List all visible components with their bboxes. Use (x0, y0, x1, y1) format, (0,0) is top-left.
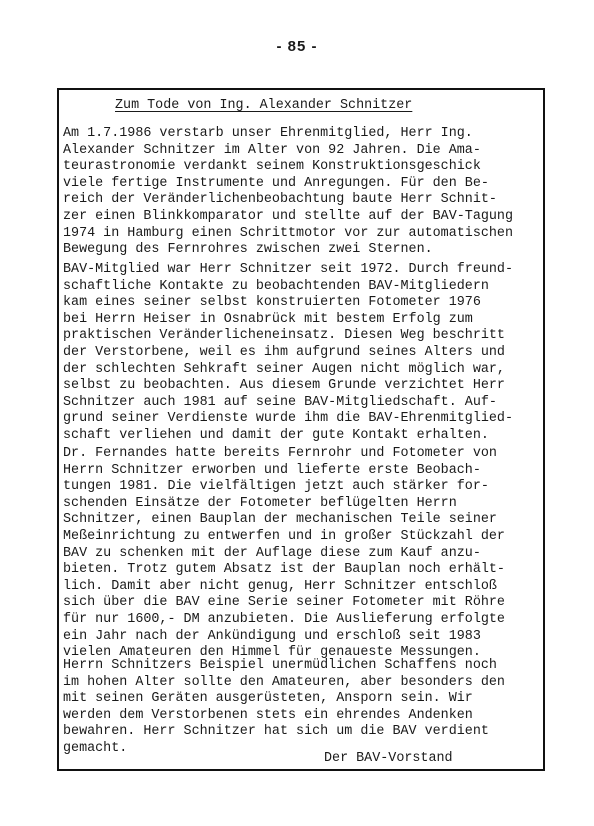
text-line: bieten. Trotz gutem Absatz ist der Baupl… (63, 562, 543, 579)
text-line: grund seiner Verdienste wurde ihm die BA… (63, 411, 543, 428)
text-line: Bewegung des Fernrohres zwischen zwei St… (63, 242, 543, 259)
text-line: BAV-Mitglied war Herr Schnitzer seit 197… (63, 262, 543, 279)
text-line: teurastronomie verdankt seinem Konstrukt… (63, 159, 543, 176)
text-line: Schnitzer, einen Bauplan der mechanische… (63, 512, 543, 529)
text-line: schaftliche Kontakte zu beobachtenden BA… (63, 279, 543, 296)
text-line: lich. Damit aber nicht genug, Herr Schni… (63, 579, 543, 596)
text-line: Dr. Fernandes hatte bereits Fernrohr und… (63, 446, 543, 463)
paragraph-1: Am 1.7.1986 verstarb unser Ehrenmitglied… (63, 126, 543, 259)
text-line: Schnitzer auch 1981 auf seine BAV-Mitgli… (63, 395, 543, 412)
text-line: für nur 1600,- DM anzubieten. Die Auslie… (63, 612, 543, 629)
page-number: - 85 - (0, 38, 594, 55)
text-line: sich über die BAV eine Serie seiner Foto… (63, 595, 543, 612)
text-line: zer einen Blinkkomparator und stellte au… (63, 209, 543, 226)
text-line: Meßeinrichtung zu entwerfen und in große… (63, 529, 543, 546)
text-line: bei Herrn Heiser in Osnabrück mit bestem… (63, 312, 543, 329)
text-line: selbst zu beobachten. Aus diesem Grunde … (63, 378, 543, 395)
text-line: tungen 1981. Die vielfältigen jetzt auch… (63, 479, 543, 496)
text-line: mit seinen Geräten ausgerüsteten, Anspor… (63, 691, 543, 708)
text-line: kam eines seiner selbst konstruierten Fo… (63, 295, 543, 312)
text-line: bewahren. Herr Schnitzer hat sich um die… (63, 724, 543, 741)
text-line: ein Jahr nach der Ankündigung und erschl… (63, 629, 543, 646)
text-line: Herrn Schnitzers Beispiel unermüdlichen … (63, 658, 543, 675)
text-line: 1974 in Hamburg einen Schrittmotor vor z… (63, 226, 543, 243)
text-line: Herrn Schnitzer erworben und lieferte er… (63, 463, 543, 480)
paragraph-3: Dr. Fernandes hatte bereits Fernrohr und… (63, 446, 543, 662)
paragraph-2: BAV-Mitglied war Herr Schnitzer seit 197… (63, 262, 543, 445)
text-line: Alexander Schnitzer im Alter von 92 Jahr… (63, 143, 543, 160)
text-line: praktischen Veränderlicheneinsatz. Diese… (63, 328, 543, 345)
signature: Der BAV-Vorstand (324, 751, 453, 766)
text-line: werden dem Verstorbenen stets ein ehrend… (63, 708, 543, 725)
text-line: gemacht. (63, 741, 543, 758)
text-line: der schlechten Sehkraft seiner Augen nic… (63, 362, 543, 379)
text-line: BAV zu schenken mit der Auflage diese zu… (63, 546, 543, 563)
text-line: der Verstorbene, weil es ihm aufgrund se… (63, 345, 543, 362)
text-line: Am 1.7.1986 verstarb unser Ehrenmitglied… (63, 126, 543, 143)
article-title: Zum Tode von Ing. Alexander Schnitzer (115, 98, 412, 113)
text-line: schenden Einsätze der Fotometer beflügel… (63, 496, 543, 513)
text-line: schaft verliehen und damit der gute Kont… (63, 428, 543, 445)
text-line: im hohen Alter sollte den Amateuren, abe… (63, 675, 543, 692)
paragraph-4: Herrn Schnitzers Beispiel unermüdlichen … (63, 658, 543, 758)
text-line: reich der Veränderlichenbeobachtung baut… (63, 192, 543, 209)
text-line: viele fertige Instrumente und Anregungen… (63, 176, 543, 193)
